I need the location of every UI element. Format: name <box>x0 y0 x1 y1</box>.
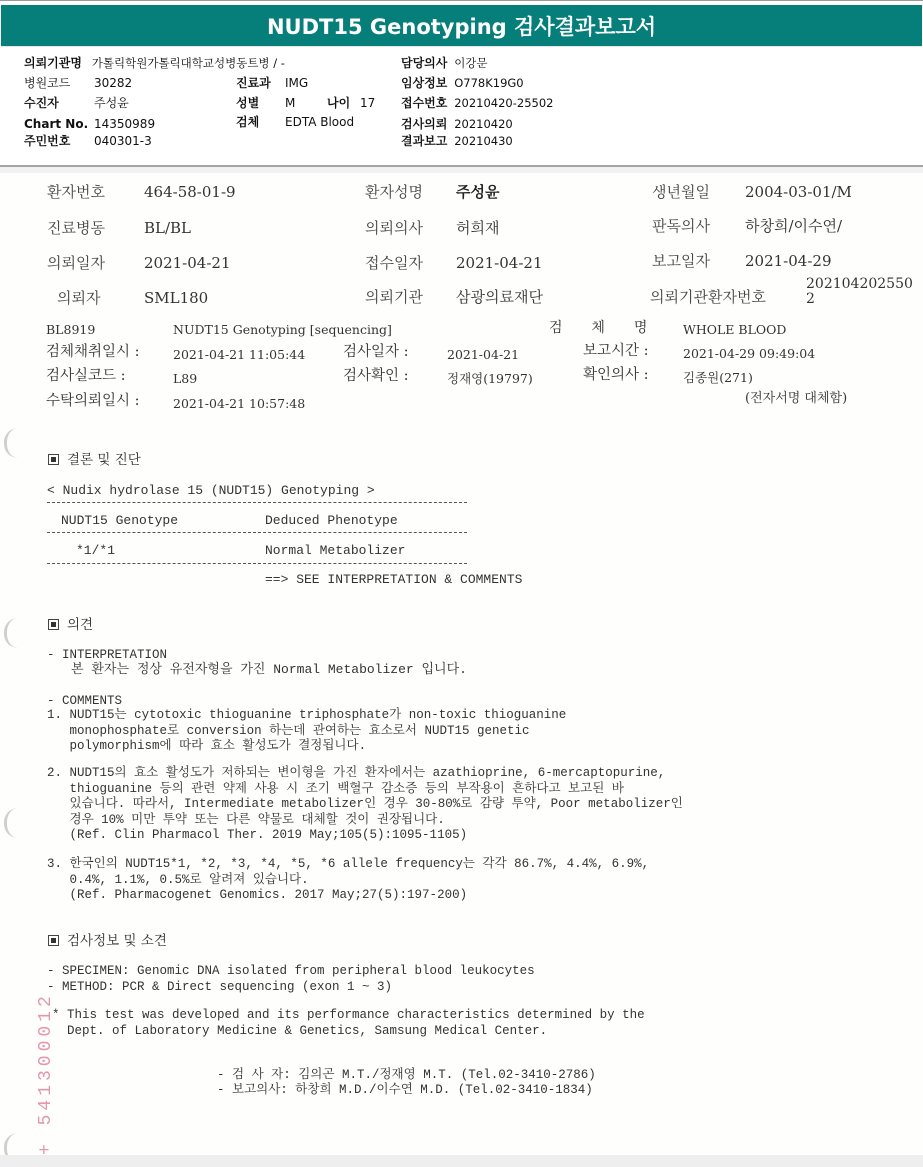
report-time-label: 보고시간 : <box>583 344 649 359</box>
table-rule <box>47 563 467 564</box>
disclaimer-line-2: Dept. of Laboratory Medicine & Genetics,… <box>52 1024 547 1039</box>
lab-code-label: 검사실코드 : <box>46 369 126 384</box>
resident-label: 주민번호 <box>24 134 70 148</box>
clinical-field: 임상정보 O778K19G0 <box>401 76 524 90</box>
sex-label: 성별 <box>236 96 259 110</box>
reading-doctor-label: 판독의사 <box>652 217 710 235</box>
requester-value: SML180 <box>144 289 208 307</box>
test-details-heading: 검사정보 및 소견 <box>48 934 167 949</box>
interpretation-text: 본 환자는 정상 유전자형을 가진 Normal Metabolizer 입니다… <box>71 662 467 677</box>
consign-value: 2021-04-21 10:57:48 <box>173 396 305 411</box>
disclaimer-line-1: * This test was developed and its perfor… <box>52 1008 645 1023</box>
req-doctor-label: 의뢰의사 <box>365 219 423 237</box>
phenotype-value: Normal Metabolizer <box>265 543 405 558</box>
report-time-value: 2021-04-29 09:49:04 <box>683 346 815 361</box>
institution-field: 의뢰기관명 가톨릭학원가톨릭대학교성병동트병 / - <box>24 56 285 70</box>
dept-value: IMG <box>285 76 308 90</box>
req-doctor-value: 허희재 <box>456 219 499 237</box>
patient-id-value: 464-58-01-9 <box>144 183 236 201</box>
tester-line: - 검 사 자: 김의곤 M.T./정재영 M.T. (Tel.02-3410-… <box>217 1068 596 1083</box>
ward-value: BL/BL <box>144 219 191 237</box>
result-date-field: 결과보고 20210430 <box>401 134 513 148</box>
inst-patient-no-value: 202104202550 2 <box>806 277 913 307</box>
opinion-heading: 의견 <box>48 618 93 633</box>
collect-label: 검체채취일시 : <box>46 345 140 360</box>
bottom-margin <box>0 1155 923 1167</box>
report-title-banner: NUDT15 Genotyping 검사결과보고서 <box>1 5 922 47</box>
comment-item-2: 2. NUDT15의 효소 활성도가 저하되는 변이형을 가진 환자에서는 az… <box>47 766 683 844</box>
test-code: BL8919 <box>46 322 95 337</box>
consign-label: 수탁의뢰일시 : <box>46 394 140 409</box>
section-square-icon <box>48 619 59 630</box>
ward-label: 진료병동 <box>47 219 105 237</box>
chart-value: 14350989 <box>94 117 155 131</box>
resident-value: 040301-3 <box>94 134 152 148</box>
specimen-name-label: 검 체 명 <box>549 321 647 336</box>
requester-label: 의뢰자 <box>57 289 100 307</box>
conclusion-heading: 결론 및 진단 <box>48 453 141 468</box>
specimen-value: EDTA Blood <box>285 115 354 129</box>
see-interpretation-note: ==> SEE INTERPRETATION & COMMENTS <box>265 572 522 587</box>
esign-note: (전자서명 대체함) <box>745 391 847 406</box>
verify-value: 정재영(19797) <box>447 371 533 386</box>
specimen-name-value: WHOLE BLOOD <box>683 322 786 337</box>
examinee-value: 주성윤 <box>94 96 129 110</box>
report-date-label: 보고일자 <box>652 252 710 270</box>
conclusion-subtitle: < Nudix hydrolase 15 (NUDT15) Genotyping… <box>47 483 375 498</box>
patient-name-value: 주성윤 <box>456 183 499 201</box>
comment-item-3: 3. 한국인의 NUDT15*1, *2, *3, *4, *5, *6 all… <box>47 857 649 904</box>
receipt-no-field: 접수번호 20210420-25502 <box>401 96 553 110</box>
method-line: - METHOD: PCR & Direct sequencing (exon … <box>47 980 392 995</box>
age-label: 나이 <box>327 96 350 110</box>
examinee-label: 수진자 <box>24 96 59 110</box>
table-rule <box>47 532 467 533</box>
reporter-line: - 보고의사: 하창희 M.D./이수연 M.D. (Tel.02-3410-1… <box>217 1083 593 1098</box>
req-date-label: 의뢰일자 <box>47 254 105 272</box>
comment-item-1: 1. NUDT15는 cytotoxic thioguanine triphos… <box>47 708 566 755</box>
specimen-label: 검체 <box>236 115 259 129</box>
inst-patient-no-label: 의뢰기관환자번호 <box>650 288 766 306</box>
hospital-code-value: 30282 <box>94 76 132 90</box>
test-name: NUDT15 Genotyping [sequencing] <box>173 322 392 337</box>
genotype-value: *1/*1 <box>76 543 115 558</box>
recv-date-value: 2021-04-21 <box>456 254 542 272</box>
patient-id-label: 환자번호 <box>47 183 105 201</box>
patient-name-label: 환자성명 <box>365 183 423 201</box>
table-rule <box>47 502 467 503</box>
dob-label: 생년월일 <box>652 183 710 201</box>
dept-label: 진료과 <box>236 76 271 90</box>
col-genotype-header: NUDT15 Genotype <box>61 513 178 528</box>
confirm-doc-label: 확인의사 : <box>583 368 649 383</box>
collect-value: 2021-04-21 11:05:44 <box>173 347 305 362</box>
hospital-code-label: 병원코드 <box>24 76 70 90</box>
verify-label: 검사확인 : <box>343 369 409 384</box>
interpretation-label: - INTERPRETATION <box>47 648 167 663</box>
req-inst-label: 의뢰기관 <box>365 288 423 306</box>
chart-label: Chart No. <box>24 117 88 131</box>
req-date-value: 2021-04-21 <box>144 254 230 272</box>
request-date-field: 검사의뢰 20210420 <box>401 117 513 131</box>
section-square-icon <box>48 935 59 946</box>
section-square-icon <box>48 454 59 465</box>
sex-value: M <box>285 96 295 110</box>
specimen-line: - SPECIMEN: Genomic DNA isolated from pe… <box>47 964 535 979</box>
dob-value: 2004-03-01/M <box>745 183 852 201</box>
test-date-label: 검사일자 : <box>343 345 409 360</box>
test-date-value: 2021-04-21 <box>447 347 519 362</box>
vertical-barcode-stamp: + 541300012 <box>36 992 56 1155</box>
col-phenotype-header: Deduced Phenotype <box>265 513 398 528</box>
report-title: NUDT15 Genotyping 검사결과보고서 <box>267 11 656 41</box>
report-date-value: 2021-04-29 <box>745 252 831 270</box>
reading-doctor-value: 하창희/이수연/ <box>745 217 842 235</box>
req-inst-value: 삼광의료재단 <box>456 288 543 306</box>
attending-field: 담당의사 이강문 <box>401 56 488 70</box>
age-value: 17 <box>360 96 375 110</box>
lab-code-value: L89 <box>173 371 197 386</box>
recv-date-label: 접수일자 <box>365 254 423 272</box>
comments-label: - COMMENTS <box>47 694 122 709</box>
confirm-doc-value: 김종원(271) <box>683 370 753 385</box>
